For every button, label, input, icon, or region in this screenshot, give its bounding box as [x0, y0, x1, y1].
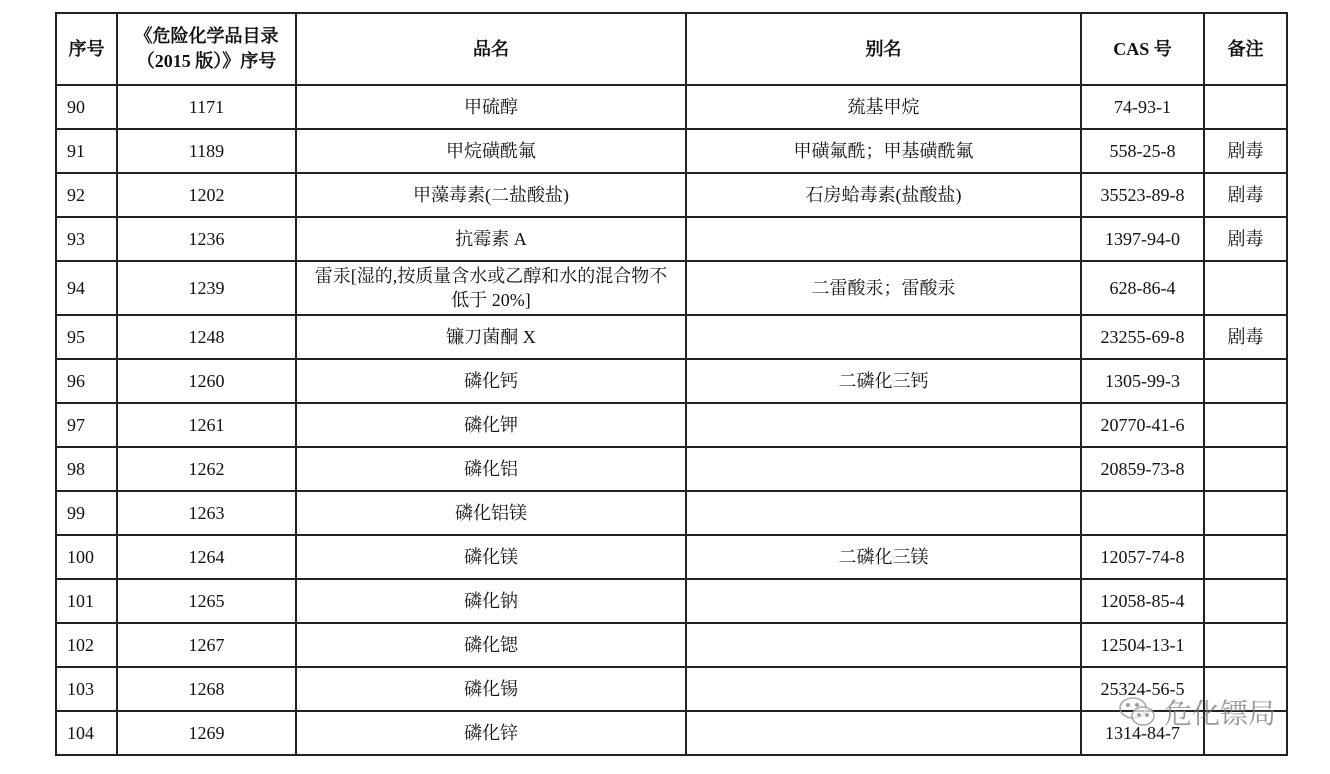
cell-alias: 石房蛤毒素(盐酸盐) [686, 173, 1081, 217]
cell-catalog-seq: 1264 [117, 535, 296, 579]
cell-remark [1204, 261, 1287, 315]
cell-name: 磷化锡 [296, 667, 686, 711]
cell-remark [1204, 491, 1287, 535]
header-row: 序号 《危险化学品目录 （2015 版）》序号 品名 别名 CAS 号 备注 [56, 13, 1287, 85]
cell-seq: 104 [56, 711, 117, 755]
cell-name: 雷汞[湿的,按质量含水或乙醇和水的混合物不低于 20%] [296, 261, 686, 315]
cell-seq: 96 [56, 359, 117, 403]
header-catalog-seq-line1: 《危险化学品目录 [118, 24, 295, 49]
cell-remark [1204, 667, 1287, 711]
cell-catalog-seq: 1269 [117, 711, 296, 755]
cell-remark [1204, 447, 1287, 491]
table-row: 104 1269 磷化锌 1314-84-7 [56, 711, 1287, 755]
table-row: 95 1248 镰刀菌酮 X 23255-69-8 剧毒 [56, 315, 1287, 359]
cell-cas: 1305-99-3 [1081, 359, 1204, 403]
cell-remark: 剧毒 [1204, 173, 1287, 217]
cell-alias [686, 579, 1081, 623]
cell-catalog-seq: 1189 [117, 129, 296, 173]
cell-alias: 二雷酸汞；雷酸汞 [686, 261, 1081, 315]
cell-catalog-seq: 1262 [117, 447, 296, 491]
cell-seq: 101 [56, 579, 117, 623]
header-catalog-seq-line2: （2015 版）》序号 [118, 49, 295, 74]
cell-catalog-seq: 1265 [117, 579, 296, 623]
cell-alias [686, 217, 1081, 261]
cell-seq: 102 [56, 623, 117, 667]
header-remark: 备注 [1204, 13, 1287, 85]
cell-name-text: 雷汞[湿的,按质量含水或乙醇和水的混合物不低于 20%] [297, 264, 685, 312]
cell-cas: 558-25-8 [1081, 129, 1204, 173]
cell-remark [1204, 535, 1287, 579]
table-row: 100 1264 磷化镁 二磷化三镁 12057-74-8 [56, 535, 1287, 579]
table-row: 103 1268 磷化锡 25324-56-5 [56, 667, 1287, 711]
cell-cas: 25324-56-5 [1081, 667, 1204, 711]
cell-name: 磷化锶 [296, 623, 686, 667]
cell-name: 磷化钠 [296, 579, 686, 623]
cell-alias: 甲磺氟酰；甲基磺酰氟 [686, 129, 1081, 173]
cell-seq: 91 [56, 129, 117, 173]
cell-cas: 35523-89-8 [1081, 173, 1204, 217]
table-row: 96 1260 磷化钙 二磷化三钙 1305-99-3 [56, 359, 1287, 403]
cell-seq: 90 [56, 85, 117, 129]
cell-cas: 12058-85-4 [1081, 579, 1204, 623]
cell-catalog-seq: 1263 [117, 491, 296, 535]
header-seq: 序号 [56, 13, 117, 85]
cell-name: 甲硫醇 [296, 85, 686, 129]
cell-remark [1204, 623, 1287, 667]
cell-cas: 628-86-4 [1081, 261, 1204, 315]
cell-catalog-seq: 1202 [117, 173, 296, 217]
cell-cas: 1397-94-0 [1081, 217, 1204, 261]
cell-cas [1081, 491, 1204, 535]
cell-remark [1204, 711, 1287, 755]
cell-seq: 95 [56, 315, 117, 359]
cell-seq: 99 [56, 491, 117, 535]
cell-name: 磷化锌 [296, 711, 686, 755]
cell-cas: 12504-13-1 [1081, 623, 1204, 667]
table-row: 90 1171 甲硫醇 巯基甲烷 74-93-1 [56, 85, 1287, 129]
table-row: 99 1263 磷化铝镁 [56, 491, 1287, 535]
table-row: 93 1236 抗霉素 A 1397-94-0 剧毒 [56, 217, 1287, 261]
cell-seq: 93 [56, 217, 117, 261]
cell-alias: 二磷化三钙 [686, 359, 1081, 403]
cell-seq: 97 [56, 403, 117, 447]
table-row: 101 1265 磷化钠 12058-85-4 [56, 579, 1287, 623]
cell-seq: 98 [56, 447, 117, 491]
cell-catalog-seq: 1236 [117, 217, 296, 261]
cell-name: 镰刀菌酮 X [296, 315, 686, 359]
cell-alias [686, 491, 1081, 535]
cell-alias: 巯基甲烷 [686, 85, 1081, 129]
table-row: 91 1189 甲烷磺酰氟 甲磺氟酰；甲基磺酰氟 558-25-8 剧毒 [56, 129, 1287, 173]
cell-alias [686, 667, 1081, 711]
table-row: 97 1261 磷化钾 20770-41-6 [56, 403, 1287, 447]
cell-cas: 23255-69-8 [1081, 315, 1204, 359]
cell-cas: 20859-73-8 [1081, 447, 1204, 491]
table-row: 94 1239 雷汞[湿的,按质量含水或乙醇和水的混合物不低于 20%] 二雷酸… [56, 261, 1287, 315]
cell-name: 磷化铝 [296, 447, 686, 491]
cell-name: 抗霉素 A [296, 217, 686, 261]
cell-name: 甲藻毒素(二盐酸盐) [296, 173, 686, 217]
cell-catalog-seq: 1260 [117, 359, 296, 403]
cell-name: 磷化钙 [296, 359, 686, 403]
cell-cas: 20770-41-6 [1081, 403, 1204, 447]
cell-name: 磷化钾 [296, 403, 686, 447]
hazardous-chemicals-table: 序号 《危险化学品目录 （2015 版）》序号 品名 别名 CAS 号 备注 9… [55, 12, 1288, 756]
cell-cas: 1314-84-7 [1081, 711, 1204, 755]
cell-name: 磷化镁 [296, 535, 686, 579]
header-catalog-seq: 《危险化学品目录 （2015 版）》序号 [117, 13, 296, 85]
cell-alias [686, 403, 1081, 447]
table-row: 98 1262 磷化铝 20859-73-8 [56, 447, 1287, 491]
header-alias: 别名 [686, 13, 1081, 85]
cell-name: 磷化铝镁 [296, 491, 686, 535]
cell-alias [686, 623, 1081, 667]
cell-catalog-seq: 1248 [117, 315, 296, 359]
cell-cas: 74-93-1 [1081, 85, 1204, 129]
cell-remark: 剧毒 [1204, 315, 1287, 359]
cell-remark [1204, 579, 1287, 623]
cell-remark: 剧毒 [1204, 129, 1287, 173]
cell-alias [686, 315, 1081, 359]
header-name: 品名 [296, 13, 686, 85]
header-cas: CAS 号 [1081, 13, 1204, 85]
cell-seq: 100 [56, 535, 117, 579]
cell-alias: 二磷化三镁 [686, 535, 1081, 579]
cell-remark [1204, 359, 1287, 403]
cell-remark [1204, 403, 1287, 447]
table-row: 92 1202 甲藻毒素(二盐酸盐) 石房蛤毒素(盐酸盐) 35523-89-8… [56, 173, 1287, 217]
cell-name: 甲烷磺酰氟 [296, 129, 686, 173]
cell-catalog-seq: 1239 [117, 261, 296, 315]
cell-remark [1204, 85, 1287, 129]
cell-seq: 94 [56, 261, 117, 315]
cell-cas: 12057-74-8 [1081, 535, 1204, 579]
cell-alias [686, 447, 1081, 491]
table-row: 102 1267 磷化锶 12504-13-1 [56, 623, 1287, 667]
cell-alias [686, 711, 1081, 755]
cell-seq: 103 [56, 667, 117, 711]
cell-catalog-seq: 1171 [117, 85, 296, 129]
cell-catalog-seq: 1261 [117, 403, 296, 447]
cell-catalog-seq: 1267 [117, 623, 296, 667]
cell-catalog-seq: 1268 [117, 667, 296, 711]
cell-remark: 剧毒 [1204, 217, 1287, 261]
cell-seq: 92 [56, 173, 117, 217]
